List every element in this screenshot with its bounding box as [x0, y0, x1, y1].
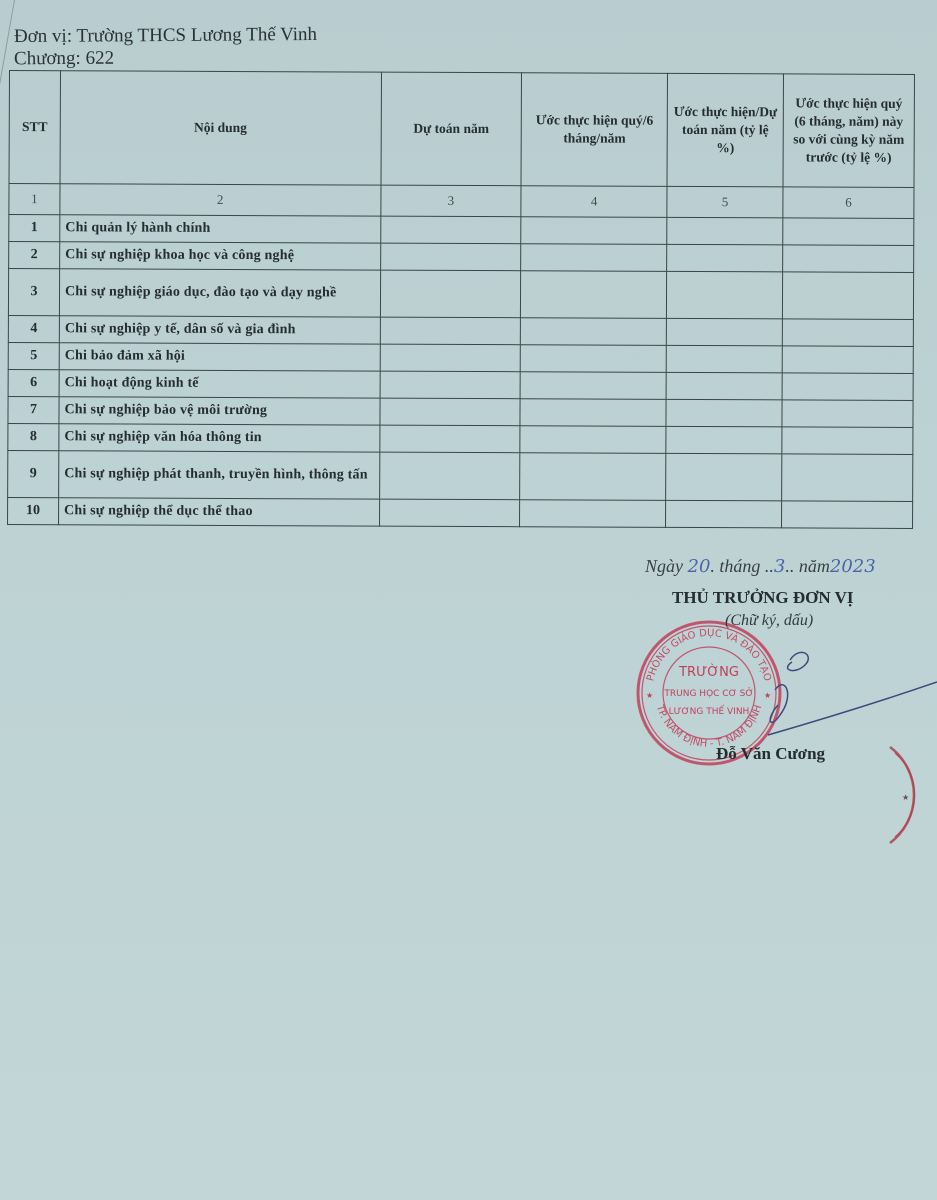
date-month: 3: [774, 556, 785, 577]
row-content: Chi hoạt động kinh tế: [59, 370, 380, 398]
budget-table: STT Nội dung Dự toán năm Ước thực hiện q…: [7, 70, 915, 529]
compare-cell: [782, 454, 913, 502]
estimate-cell: [520, 372, 666, 400]
row-content: Chi sự nghiệp bảo vệ môi trường: [59, 397, 380, 425]
organization-label: Đơn vị: Trường THCS Lương Thế Vinh: [14, 24, 317, 48]
row-number: 6: [8, 369, 59, 396]
row-number: 3: [8, 269, 59, 316]
estimate-cell: [520, 399, 666, 427]
partial-seal-icon: ★: [882, 745, 922, 845]
date-year: 2023: [830, 556, 876, 577]
column-number: 1: [9, 184, 60, 215]
table-row: 6Chi hoạt động kinh tế: [8, 369, 913, 400]
table-row: 3Chi sự nghiệp giáo dục, đào tạo và dạy …: [8, 269, 913, 320]
date-day: 20: [688, 556, 711, 577]
month-prefix: . tháng ..: [710, 556, 774, 576]
column-number: 6: [783, 187, 914, 219]
signature-note: (Chữ ký, dấu): [725, 612, 813, 630]
date-line: Ngày 20. tháng ..3.. năm2023: [645, 556, 876, 577]
row-number: 5: [8, 342, 59, 369]
annual-budget-cell: [380, 344, 521, 372]
svg-text:★: ★: [646, 691, 653, 700]
table-row: 9Chi sự nghiệp phát thanh, truyền hình, …: [8, 450, 913, 501]
compare-cell: [782, 346, 913, 374]
compare-cell: [782, 373, 913, 401]
compare-cell: [782, 400, 913, 428]
row-content: Chi sự nghiệp y tế, dân số và gia đình: [59, 316, 380, 344]
ratio-cell: [667, 271, 783, 319]
estimate-cell: [521, 244, 667, 272]
column-number: 3: [380, 185, 521, 217]
column-number-row: 1 2 3 4 5 6: [9, 184, 914, 219]
ratio-cell: [667, 217, 783, 245]
column-header-compare: Ước thực hiện quý (6 tháng, năm) này so …: [783, 74, 914, 188]
table-row: 7Chi sự nghiệp bảo vệ môi trường: [8, 396, 913, 427]
row-content: Chi sự nghiệp thể dục thể thao: [58, 498, 379, 526]
column-header-stt: STT: [9, 71, 60, 184]
compare-cell: [782, 501, 913, 529]
row-content: Chi sự nghiệp văn hóa thông tin: [59, 424, 380, 452]
row-content: Chi quản lý hành chính: [60, 215, 381, 243]
table-row: 1Chi quản lý hành chính: [9, 215, 914, 246]
row-number: 4: [8, 315, 59, 342]
table-row: 10Chi sự nghiệp thể dục thể thao: [8, 497, 913, 528]
row-content: Chi sự nghiệp giáo dục, đào tạo và dạy n…: [59, 269, 380, 317]
ratio-cell: [666, 453, 782, 501]
compare-cell: [782, 319, 913, 347]
ratio-cell: [666, 500, 782, 528]
column-number: 5: [667, 186, 783, 218]
annual-budget-cell: [380, 216, 521, 244]
ratio-cell: [666, 345, 782, 373]
table-header-row: STT Nội dung Dự toán năm Ước thực hiện q…: [9, 71, 914, 188]
year-prefix: .. năm: [785, 556, 830, 576]
estimate-cell: [521, 345, 667, 373]
column-number: 2: [60, 184, 381, 216]
annual-budget-cell: [380, 317, 521, 345]
row-number: 7: [8, 396, 59, 423]
table-row: 5Chi bảo đảm xã hội: [8, 342, 913, 373]
annual-budget-cell: [379, 452, 520, 500]
ratio-cell: [666, 399, 782, 427]
estimate-cell: [520, 500, 666, 528]
row-number: 9: [8, 450, 59, 497]
compare-cell: [783, 218, 914, 246]
column-header-annual-budget: Dự toán năm: [381, 72, 522, 186]
row-number: 10: [8, 497, 59, 524]
ratio-cell: [666, 426, 782, 454]
compare-cell: [782, 427, 913, 455]
row-number: 2: [9, 242, 60, 269]
row-content: Chi sự nghiệp khoa học và công nghệ: [60, 242, 381, 270]
annual-budget-cell: [380, 371, 521, 399]
column-header-ratio: Ước thực hiện/Dự toán năm (tỷ lệ %): [667, 73, 783, 187]
table-row: 8Chi sự nghiệp văn hóa thông tin: [8, 423, 913, 454]
ratio-cell: [667, 244, 783, 272]
column-header-estimate: Ước thực hiện quý/6 tháng/năm: [521, 73, 667, 187]
chapter-label: Chương: 622: [14, 48, 114, 71]
estimate-cell: [521, 271, 667, 319]
annual-budget-cell: [379, 398, 520, 426]
column-header-content: Nội dung: [60, 71, 381, 185]
row-number: 8: [8, 423, 59, 450]
estimate-cell: [520, 426, 666, 454]
ratio-cell: [667, 318, 783, 346]
signer-title: THỦ TRƯỞNG ĐƠN VỊ: [672, 588, 854, 608]
estimate-cell: [521, 217, 667, 245]
compare-cell: [783, 272, 914, 320]
annual-budget-cell: [380, 243, 521, 271]
svg-text:★: ★: [902, 793, 909, 802]
signer-name: Đỗ Văn Cương: [716, 744, 825, 764]
annual-budget-cell: [379, 499, 520, 527]
row-content: Chi sự nghiệp phát thanh, truyền hình, t…: [59, 451, 380, 499]
estimate-cell: [521, 318, 667, 346]
compare-cell: [783, 245, 914, 273]
table-row: 4Chi sự nghiệp y tế, dân số và gia đình: [8, 315, 913, 346]
date-prefix: Ngày: [645, 556, 683, 576]
annual-budget-cell: [379, 425, 520, 453]
column-number: 4: [521, 186, 667, 218]
row-content: Chi bảo đảm xã hội: [59, 343, 380, 371]
annual-budget-cell: [380, 270, 521, 318]
table-row: 2Chi sự nghiệp khoa học và công nghệ: [9, 242, 914, 273]
row-number: 1: [9, 215, 60, 242]
handwritten-signature-icon: [700, 640, 937, 750]
ratio-cell: [666, 372, 782, 400]
estimate-cell: [520, 453, 666, 501]
